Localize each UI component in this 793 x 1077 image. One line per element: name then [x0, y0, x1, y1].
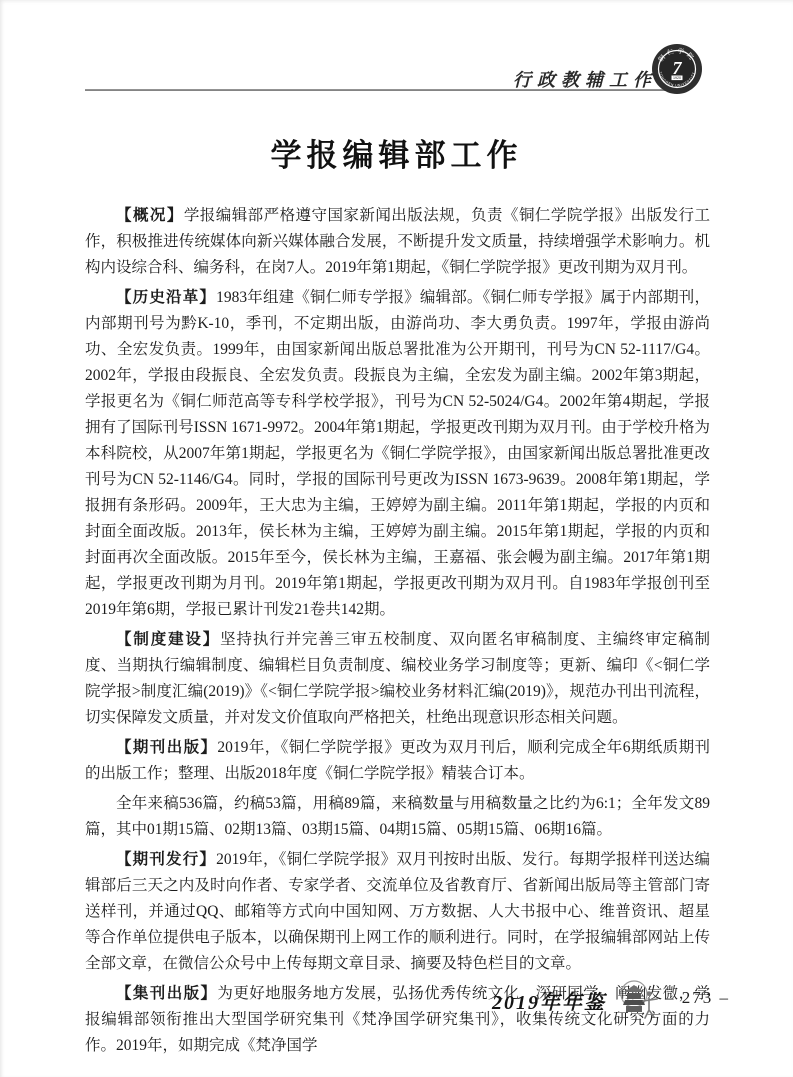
page-title: 学报编辑部工作: [0, 130, 793, 175]
paragraph-label: 【期刊出版】: [116, 739, 217, 756]
paragraph-overview: 【概况】学报编辑部严格遵守国家新闻出版法规，负责《铜仁学院学报》出版发行工作，积…: [85, 203, 710, 281]
paragraph-distribution: 【期刊发行】2019年，《铜仁学院学报》双月刊按时出版、发行。每期学报样刊送达编…: [85, 847, 710, 977]
paragraph-history: 【历史沿革】1983年组建《铜仁师专学报》编辑部。《铜仁师专学报》属于内部期刊，…: [85, 285, 710, 623]
header-rule: [85, 89, 669, 91]
paragraph-label: 【制度建设】: [116, 631, 220, 648]
paragraph-statistics: 全年来稿536篇，约稿53篇，用稿89篇，来稿数量与用稿数量之比约为6:1；全年…: [85, 791, 710, 843]
paragraph-text: 全年来稿536篇，约稿53篇，用稿89篇，来稿数量与用稿数量之比约为6:1；全年…: [85, 795, 710, 838]
page-footer: 2019年年鉴 – 273 –: [0, 978, 710, 1024]
page-number: – 273 –: [665, 988, 730, 1008]
yearbook-title: 2019年年鉴: [492, 986, 606, 1015]
paragraph-label: 【期刊发行】: [116, 851, 216, 868]
yearbook-emblem-icon: [612, 978, 664, 1022]
university-seal-icon: 铜仁学院 TONGREN UNIVERSITY 7 1920: [651, 43, 703, 95]
seal-year-text: 1920: [673, 76, 681, 80]
paragraph-text: 2019年，《铜仁学院学报》双月刊按时出版、发行。每期学报样刊送达编辑部后三天之…: [85, 851, 710, 972]
yearbook-page: 行政教辅工作 铜仁学院 TONGREN UNIVERSITY 7 1920 学报…: [0, 0, 793, 1077]
paragraph-text: 1983年组建《铜仁师专学报》编辑部。《铜仁师专学报》属于内部期刊，内部期刊号为…: [85, 289, 710, 618]
article-body: 【概况】学报编辑部严格遵守国家新闻出版法规，负责《铜仁学院学报》出版发行工作，积…: [85, 203, 710, 1059]
paragraph-label: 【历史沿革】: [116, 289, 216, 306]
paragraph-publication: 【期刊出版】2019年，《铜仁学院学报》更改为双月刊后，顺利完成全年6期纸质期刊…: [85, 735, 710, 787]
paragraph-institution: 【制度建设】坚持执行并完善三审五校制度、双向匿名审稿制度、主编终审定稿制度、当期…: [85, 627, 710, 731]
paragraph-label: 【概况】: [116, 207, 184, 224]
seal-center-glyph: 7: [673, 58, 683, 78]
